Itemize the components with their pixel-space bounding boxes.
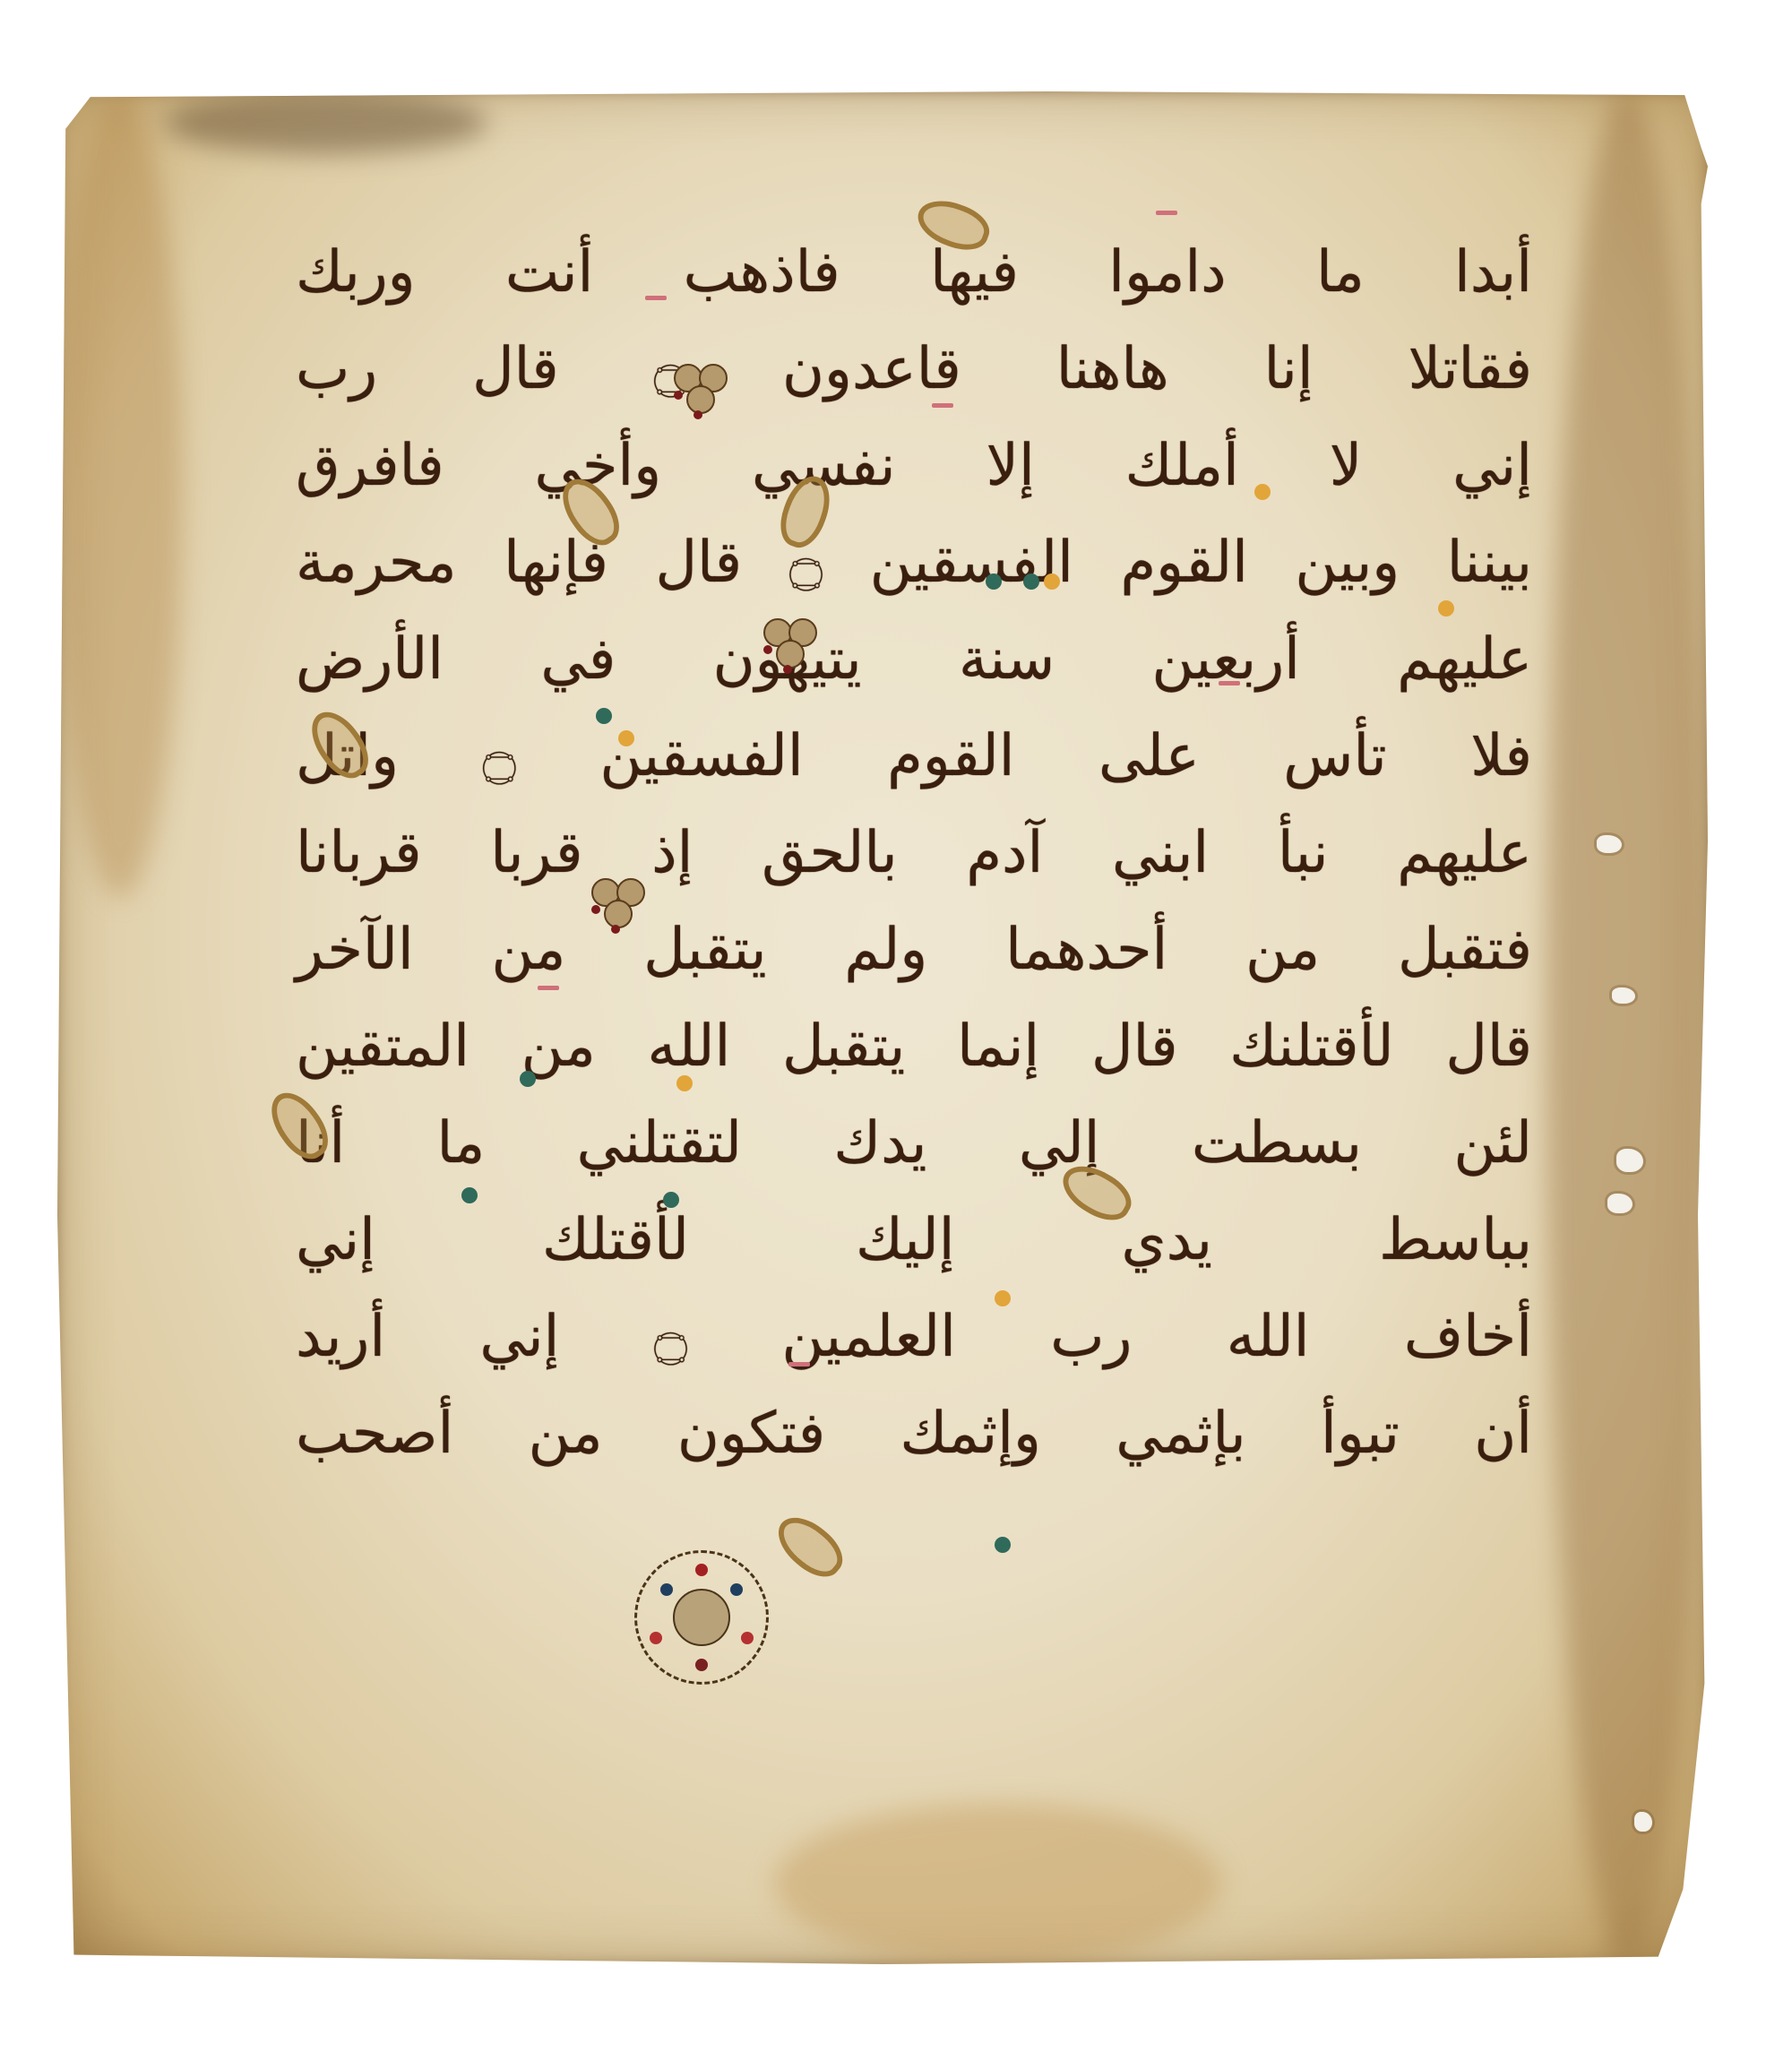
yellow-vowel-dot <box>1254 484 1271 500</box>
green-vowel-dot <box>461 1187 478 1203</box>
parchment-hole <box>1612 987 1635 1004</box>
text-line: أن تبوأ بإثمي وإثمك فتكون من أصحب <box>296 1385 1532 1482</box>
text-line: بيننا وبين القوم الفسقين ۝ قال فإنها محر… <box>296 514 1532 611</box>
red-vowel-mark <box>788 1362 810 1367</box>
parchment-hole <box>1597 835 1622 853</box>
text-line: عليهم نبأ ابني آدم بالحق إذ قربا قربانا <box>296 805 1532 901</box>
text-line: فلا تأس على القوم الفسقين ۝ واتل <box>296 708 1532 805</box>
text-line: أبدا ما داموا فيها فاذهب أنت وربك <box>296 224 1532 321</box>
rosette-verse-marker <box>634 1550 769 1685</box>
red-vowel-mark <box>1219 681 1240 685</box>
red-vowel-mark <box>932 403 953 408</box>
trefoil-verse-marker <box>591 878 645 932</box>
text-line: إني لا أملك إلا نفسي وأخي فافرق <box>296 418 1532 514</box>
trefoil-verse-marker <box>674 364 728 418</box>
water-stain <box>165 91 487 154</box>
edge-stain-bottom <box>774 1803 1222 1964</box>
edge-stain-right <box>1546 91 1708 1964</box>
green-vowel-dot <box>520 1071 536 1087</box>
yellow-vowel-dot <box>1438 600 1454 616</box>
red-vowel-mark <box>1156 211 1177 215</box>
text-line: فقاتلا إنا هاهنا قاعدون ۝ قال رب <box>296 321 1532 418</box>
text-line: لئن بسطت إلي يدك لتقتلني ما أنا <box>296 1095 1532 1192</box>
trefoil-verse-marker <box>763 618 817 672</box>
parchment-hole <box>1616 1149 1643 1172</box>
text-line: قال لأقتلنك قال إنما يتقبل الله من المتق… <box>296 998 1532 1095</box>
rosette-center <box>673 1589 730 1646</box>
yellow-vowel-dot <box>676 1075 693 1091</box>
green-vowel-dot <box>663 1192 679 1208</box>
edge-stain-left <box>57 91 183 898</box>
green-vowel-dot <box>596 708 612 724</box>
text-line: بباسط يدي إليك لأقتلك إني <box>296 1192 1532 1289</box>
yellow-vowel-dot <box>995 1290 1011 1306</box>
red-vowel-mark <box>538 986 559 990</box>
yellow-vowel-dot <box>618 730 634 746</box>
text-line: عليهم أربعين سنة يتيهون في الأرض <box>296 611 1532 708</box>
green-vowel-dot <box>986 573 1002 590</box>
green-vowel-dot <box>995 1537 1011 1553</box>
text-block: أبدا ما داموا فيها فاذهب أنت وربك فقاتلا… <box>296 224 1532 1482</box>
green-vowel-dot <box>1023 573 1039 590</box>
yellow-vowel-dot <box>1044 573 1060 590</box>
red-vowel-mark <box>645 296 667 300</box>
parchment-hole <box>1634 1812 1652 1832</box>
text-line: أخاف الله رب العلمين ۝ إني أريد <box>296 1289 1532 1385</box>
text-line: فتقبل من أحدهما ولم يتقبل من الآخر <box>296 901 1532 998</box>
parchment-hole <box>1607 1194 1633 1213</box>
